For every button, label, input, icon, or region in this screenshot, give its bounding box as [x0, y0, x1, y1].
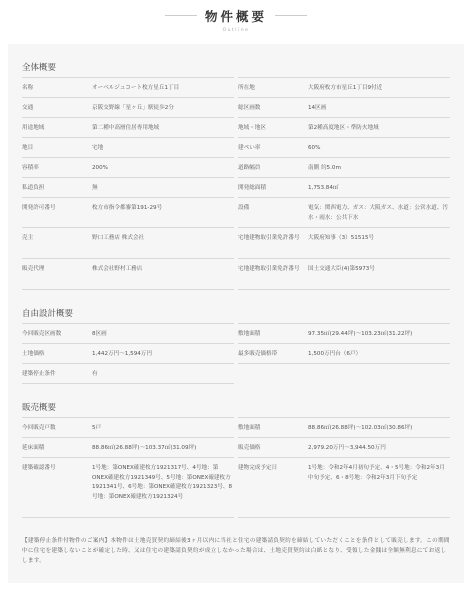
- section-free-design: 自由設計概要 今回販売区画数8区画 土地価格1,442万円～1,594万円 建築…: [22, 304, 450, 384]
- row-label: 地目: [22, 138, 92, 157]
- row-label: 設備: [238, 198, 308, 227]
- row-value: 電気：関西電力、ガス：大阪ガス、水道：公営水道、汚水・雨水：公共下水: [308, 198, 450, 227]
- row-label: 建築停止条件: [22, 364, 92, 383]
- page-title: 物件概要: [0, 7, 472, 25]
- free-design-right-column: 敷地面積97.35㎡(29.44坪)～103.23㎡(31.22坪) 最多販売価…: [238, 304, 450, 384]
- row-value: 1,500万円台（6戸）: [308, 344, 450, 363]
- row-label: 宅地建物取引業免許番号: [238, 259, 308, 289]
- table-row: 設備電気：関西電力、ガス：大阪ガス、水道：公営水道、汚水・雨水：公共下水: [238, 198, 450, 228]
- row-label: 今回販売戸数: [22, 418, 92, 437]
- row-value: 1号地：令和2年4月初旬予定、4・5号地：令和2年3月中旬予定、6・8号地：令和…: [308, 458, 450, 517]
- table-row: 敷地面積97.35㎡(29.44坪)～103.23㎡(31.22坪): [238, 324, 450, 344]
- table-row: 開発許可番号枚方市指令都審第191-29号: [22, 198, 234, 228]
- table-row: 建築停止条件有: [22, 364, 234, 384]
- table-row: 最多販売価格帯1,500万円台（6戸）: [238, 344, 450, 364]
- table-row: 今回販売区画数8区画: [22, 324, 234, 344]
- row-value: 8区画: [92, 324, 234, 343]
- row-value: 無: [92, 178, 234, 197]
- row-label: 宅地建物取引業免許番号: [238, 228, 308, 258]
- table-row: 名称オーベルジュコート枚方星丘1丁目: [22, 78, 234, 98]
- table-row: 建築確認番号1号地：第ONEX確建枚方1921317号、4号地：第ONEX確建枚…: [22, 458, 234, 518]
- row-value: 200%: [92, 158, 234, 177]
- row-label: 地域・地区: [238, 118, 308, 137]
- row-value: 第2種高度地区・準防火地域: [308, 118, 450, 137]
- section-title: 販売概要: [22, 398, 234, 418]
- row-label: 土地価格: [22, 344, 92, 363]
- row-value: 国土交通大臣(4)第5973号: [308, 259, 450, 289]
- row-value: 5戸: [92, 418, 234, 437]
- row-value: 60%: [308, 138, 450, 157]
- row-value: 野口工務店 株式会社: [92, 228, 234, 258]
- table-row: 延床面積88.86㎡(26.88坪)～103.37㎡(31.09坪): [22, 438, 234, 458]
- row-value: 第二種中高層住居専用地域: [92, 118, 234, 137]
- row-label: 名称: [22, 78, 92, 97]
- row-value: 14区画: [308, 98, 450, 117]
- overall-left-column: 全体概要 名称オーベルジュコート枚方星丘1丁目 交通京阪交野線「星ヶ丘」駅徒歩2…: [22, 58, 234, 290]
- row-label: 開発総面積: [238, 178, 308, 197]
- row-label: 販売価格: [238, 438, 308, 457]
- row-value: オーベルジュコート枚方星丘1丁目: [92, 78, 234, 97]
- table-row: 建ぺい率60%: [238, 138, 450, 158]
- row-value: 2,979.20万円～3,944.50万円: [308, 438, 450, 457]
- sales-left-column: 販売概要 今回販売戸数5戸 延床面積88.86㎡(26.88坪)～103.37㎡…: [22, 398, 234, 518]
- free-design-left-column: 自由設計概要 今回販売区画数8区画 土地価格1,442万円～1,594万円 建築…: [22, 304, 234, 384]
- row-label: 延床面積: [22, 438, 92, 457]
- table-row: 所在地大阪府枚方市星丘1丁目9付近: [238, 78, 450, 98]
- table-row: 建物完成予定日1号地：令和2年4月初旬予定、4・5号地：令和2年3月中旬予定、6…: [238, 458, 450, 518]
- row-value: 大阪府枚方市星丘1丁目9付近: [308, 78, 450, 97]
- title-rule-right: [275, 15, 307, 16]
- table-row: 開発総面積1,753.84㎡: [238, 178, 450, 198]
- row-label: 私道負担: [22, 178, 92, 197]
- row-label: 最多販売価格帯: [238, 344, 308, 363]
- row-label: 建物完成予定日: [238, 458, 308, 517]
- table-row: 容積率200%: [22, 158, 234, 178]
- building-condition-notice: 【建築停止条件付物件のご案内】本物件は土地売買契約締結後3ヶ月以内に当社と住宅の…: [22, 536, 450, 566]
- row-label: 建築確認番号: [22, 458, 92, 517]
- row-value: 宅地: [92, 138, 234, 157]
- row-value: 枚方市指令都審第191-29号: [92, 198, 234, 227]
- table-row: 敷地面積88.86㎡(26.88坪)～102.03㎡(30.86坪): [238, 418, 450, 438]
- row-label: 用途地域: [22, 118, 92, 137]
- row-value: 南側 約5.0m: [308, 158, 450, 177]
- row-label: 敷地面積: [238, 418, 308, 437]
- table-row: 売主野口工務店 株式会社: [22, 228, 234, 259]
- table-row: 道路幅員南側 約5.0m: [238, 158, 450, 178]
- row-label: 売主: [22, 228, 92, 258]
- row-label: 所在地: [238, 78, 308, 97]
- row-label: 建ぺい率: [238, 138, 308, 157]
- table-row: 販売代理株式会社野村工務店: [22, 259, 234, 290]
- section-overall: 全体概要 名称オーベルジュコート枚方星丘1丁目 交通京阪交野線「星ヶ丘」駅徒歩2…: [22, 58, 450, 290]
- table-row: 土地価格1,442万円～1,594万円: [22, 344, 234, 364]
- section-title-spacer: [238, 304, 450, 324]
- row-label: 販売代理: [22, 259, 92, 289]
- row-value: 株式会社野村工務店: [92, 259, 234, 289]
- row-value: 88.86㎡(26.88坪)～102.03㎡(30.86坪): [308, 418, 450, 437]
- row-value: 1,753.84㎡: [308, 178, 450, 197]
- row-label: 総区画数: [238, 98, 308, 117]
- row-label: 道路幅員: [238, 158, 308, 177]
- outline-panel: 全体概要 名称オーベルジュコート枚方星丘1丁目 交通京阪交野線「星ヶ丘」駅徒歩2…: [8, 44, 464, 583]
- table-row: 今回販売戸数5戸: [22, 418, 234, 438]
- table-row: 交通京阪交野線「星ヶ丘」駅徒歩2分: [22, 98, 234, 118]
- row-value: 1,442万円～1,594万円: [92, 344, 234, 363]
- overall-right-column: 所在地大阪府枚方市星丘1丁目9付近 総区画数14区画 地域・地区第2種高度地区・…: [238, 58, 450, 290]
- row-label: 今回販売区画数: [22, 324, 92, 343]
- table-row: 販売価格2,979.20万円～3,944.50万円: [238, 438, 450, 458]
- row-label: 容積率: [22, 158, 92, 177]
- table-row: 地域・地区第2種高度地区・準防火地域: [238, 118, 450, 138]
- table-row: 宅地建物取引業免許番号国土交通大臣(4)第5973号: [238, 259, 450, 290]
- row-label: 交通: [22, 98, 92, 117]
- table-row: 用途地域第二種中高層住居専用地域: [22, 118, 234, 138]
- row-value: 1号地：第ONEX確建枚方1921317号、4号地：第ONEX確建枚方19213…: [92, 458, 234, 517]
- section-title: 全体概要: [22, 58, 234, 78]
- table-row: 宅地建物取引業免許番号大阪府知事（3）51515号: [238, 228, 450, 259]
- section-title-spacer: [238, 58, 450, 78]
- table-row: 総区画数14区画: [238, 98, 450, 118]
- section-sales: 販売概要 今回販売戸数5戸 延床面積88.86㎡(26.88坪)～103.37㎡…: [22, 398, 450, 518]
- row-value: 97.35㎡(29.44坪)～103.23㎡(31.22坪): [308, 324, 450, 343]
- row-value: 京阪交野線「星ヶ丘」駅徒歩2分: [92, 98, 234, 117]
- row-label: 敷地面積: [238, 324, 308, 343]
- page-header: 物件概要 Outline: [0, 0, 472, 44]
- page-subtitle: Outline: [0, 28, 472, 33]
- section-title-spacer: [238, 398, 450, 418]
- row-value: 有: [92, 364, 234, 383]
- table-row: 地目宅地: [22, 138, 234, 158]
- row-value: 88.86㎡(26.88坪)～103.37㎡(31.09坪): [92, 438, 234, 457]
- row-label: 開発許可番号: [22, 198, 92, 227]
- table-row: 私道負担無: [22, 178, 234, 198]
- sales-right-column: 敷地面積88.86㎡(26.88坪)～102.03㎡(30.86坪) 販売価格2…: [238, 398, 450, 518]
- section-title: 自由設計概要: [22, 304, 234, 324]
- row-value: 大阪府知事（3）51515号: [308, 228, 450, 258]
